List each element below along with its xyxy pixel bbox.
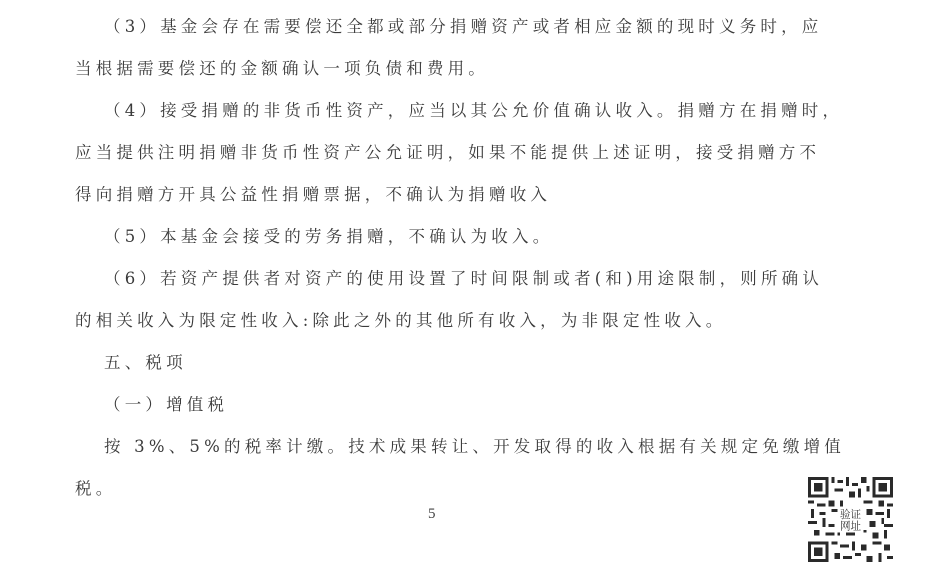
paragraph-5: （5）本基金会接受的劳务捐赠，不确认为收入。 — [104, 227, 553, 247]
paragraph-3-line-2: 当根据需要偿还的金额确认一项负债和费用。 — [75, 59, 489, 79]
vat-paragraph-line-1: 按 3%、5%的税率计缴。技术成果转让、开发取得的收入根据有关规定免缴增值 — [104, 437, 845, 457]
paragraph-4-line-2: 应当提供注明捐赠非货币性资产公允证明，如果不能提供上述证明，接受捐赠方不 — [75, 143, 820, 163]
svg-text:网址: 网址 — [840, 520, 862, 533]
svg-text:验证: 验证 — [840, 508, 862, 521]
paragraph-6-line-1: （6）若资产提供者对资产的使用设置了时间限制或者(和)用途限制，则所确认 — [104, 269, 823, 289]
subsection-heading-vat: （一）增值税 — [104, 395, 228, 415]
vat-paragraph-line-2: 税。 — [75, 479, 116, 499]
qr-code-icon: 验证 网址 — [808, 477, 893, 562]
paragraph-3-line-1: （3）基金会存在需要偿还全都或部分捐赠资产或者相应金额的现时义务时，应 — [104, 17, 823, 37]
page-number: 5 — [428, 506, 436, 523]
paragraph-4-line-1: （4）接受捐赠的非货币性资产，应当以其公允价值确认收入。捐赠方在捐赠时， — [104, 101, 843, 121]
paragraph-4-line-3: 得向捐赠方开具公益性捐赠票据，不确认为捐赠收入 — [75, 185, 551, 205]
paragraph-6-line-2: 的相关收入为限定性收入:除此之外的其他所有收入，为非限定性收入。 — [75, 311, 726, 331]
section-heading-tax: 五、税项 — [104, 353, 187, 373]
